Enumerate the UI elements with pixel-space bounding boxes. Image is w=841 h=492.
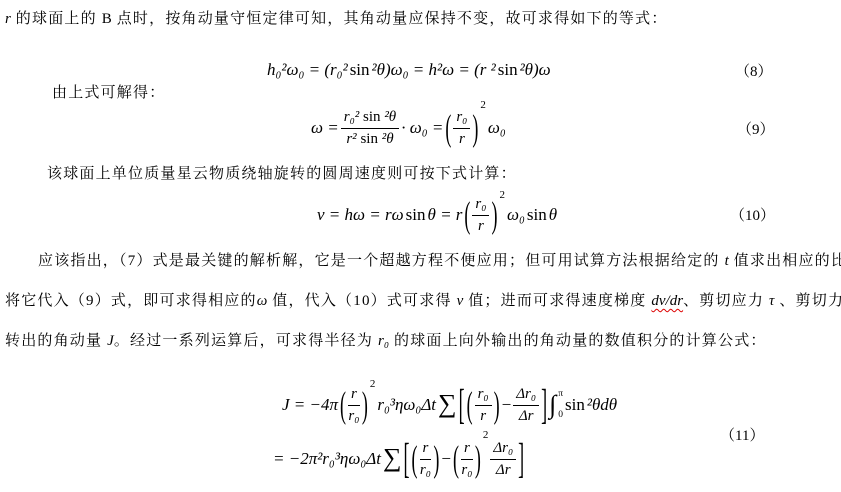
summation-sigma: ∑ — [438, 391, 457, 417]
paragraph-solve: 由上式可解得： — [52, 81, 165, 102]
fraction-numerator: r — [461, 439, 473, 460]
exponent: 2 — [370, 378, 376, 390]
text-run: 值求出相应的比值（ — [729, 253, 841, 269]
math-run: r² — [346, 131, 360, 147]
summation-sigma: ∑ — [383, 445, 402, 471]
left-paren: ( — [467, 383, 473, 426]
fraction-denominator: r — [480, 406, 486, 426]
right-paren: ) — [433, 437, 439, 480]
left-paren: ( — [412, 437, 418, 480]
text-run: 值；进而可求得速度梯度 — [463, 293, 651, 309]
left-paren: ( — [445, 106, 451, 149]
math-run: ω₀ — [488, 118, 506, 138]
fraction: r₀ r — [475, 385, 492, 426]
math-run: h₀²ω₀ = (r₀² — [267, 60, 348, 80]
math-run: ω = — [311, 118, 339, 138]
text-run: 将它代入（9）式，即可求得相应的 — [5, 293, 257, 309]
fraction-denominator: Δr — [519, 406, 534, 426]
right-paren: ) — [362, 383, 368, 426]
right-paren: ) — [491, 193, 497, 236]
sin-operator: sin — [350, 60, 370, 80]
integral-sign: ∫ — [549, 392, 556, 418]
text-run: 。经过一系列运算后，可求得半径为 — [114, 333, 378, 349]
fraction-denominator: Δr — [496, 460, 511, 480]
fraction-denominator: r² sin ²θ — [346, 129, 393, 149]
math-run: ²θdθ — [587, 395, 617, 415]
fraction: Δr₀ Δr — [513, 385, 539, 426]
fraction-numerator: r₀ — [475, 385, 492, 406]
math-run: ²θ)ω — [520, 60, 551, 80]
equation-9: ω = r₀² sin ²θ r² sin ²θ · ω₀ = ( r₀ r )… — [310, 101, 507, 155]
fraction-denominator: r₀ — [348, 406, 359, 426]
var-J: J — [107, 333, 114, 349]
var-dvdr-spellcheck: dv/dr — [651, 293, 683, 309]
fraction-numerator: r₀ — [472, 195, 489, 216]
right-bracket: ] — [541, 380, 547, 429]
text-run: 、剪切力矩 — [774, 293, 841, 309]
math-run: ω₀ — [507, 205, 525, 225]
left-paren: ( — [464, 193, 470, 236]
equation-number-11: （11） — [720, 424, 764, 445]
var-r0: r₀ — [378, 333, 389, 349]
integral-upper-limit: π — [558, 390, 563, 400]
right-paren: ) — [494, 383, 500, 426]
fraction-numerator: r₀ — [453, 108, 470, 129]
math-run: r₀² — [344, 109, 363, 125]
left-bracket: [ — [404, 434, 410, 483]
math-run: · ω₀ = — [401, 118, 443, 138]
text-run: 应该指出，（7）式是最关键的解析解，它是一个超越方程不便应用；但可用试算方法根据… — [38, 253, 725, 269]
left-paren: ( — [340, 383, 346, 426]
text-run: 转出的角动量 — [5, 333, 107, 349]
minus-sign: − — [441, 449, 451, 469]
left-bracket: [ — [459, 380, 465, 429]
minus-sign: − — [502, 395, 512, 415]
var-B: B — [102, 11, 112, 27]
fraction: r r₀ — [420, 439, 432, 480]
math-run: ²θ)ω₀ = h²ω = (r ² — [372, 60, 496, 80]
fraction-numerator: r — [348, 385, 360, 406]
right-paren: ) — [475, 437, 481, 480]
sin-operator: sin — [406, 205, 426, 225]
math-run: ²θ — [378, 131, 394, 147]
text-run: 值，代入（10）式可求得 — [267, 293, 456, 309]
math-run: θ — [549, 205, 557, 225]
fraction-denominator: r₀ — [420, 460, 431, 480]
fraction-denominator: r — [478, 216, 484, 236]
var-omega: ω — [257, 293, 268, 309]
fraction: r₀ r — [472, 195, 489, 236]
exponent: 2 — [499, 189, 505, 201]
fraction-numerator: r₀² sin ²θ — [341, 108, 399, 129]
sin-operator: sin — [565, 395, 585, 415]
integral-limits: π 0 — [558, 388, 563, 422]
fraction: r₀² sin ²θ r² sin ²θ — [341, 108, 399, 149]
equation-11-line2: = −2π²r₀³ηω₀Δt ∑ [ ( r r₀ ) − ( r r₀ ) 2… — [272, 431, 525, 487]
sin-operator: sin — [363, 109, 381, 125]
fraction-denominator: r₀ — [461, 460, 472, 480]
fraction-numerator: Δr₀ — [513, 385, 539, 406]
sin-operator: sin — [360, 131, 378, 147]
fraction: r r₀ — [348, 385, 360, 426]
fraction-denominator: r — [459, 129, 465, 149]
right-bracket: ] — [518, 434, 524, 483]
math-run: θ = r — [427, 205, 462, 225]
text-run: 点时，按角动量守恒定律可知，其角动量应保持不变，故可求得如下的等式： — [112, 11, 668, 27]
paragraph-discussion-line1: 应该指出，（7）式是最关键的解析解，它是一个超越方程不便应用；但可用试算方法根据… — [38, 249, 841, 270]
paragraph-velocity: 该球面上单位质量星云物质绕轴旋转的圆周速度则可按下式计算： — [47, 162, 517, 183]
text-run: 的球面上的 — [11, 11, 102, 27]
paragraph-intro: r 的球面上的 B 点时，按角动量守恒定律可知，其角动量应保持不变，故可求得如下… — [5, 7, 668, 28]
exponent: 2 — [483, 429, 489, 441]
fraction-numerator: r — [420, 439, 432, 460]
document-page: r 的球面上的 B 点时，按角动量守恒定律可知，其角动量应保持不变，故可求得如下… — [0, 0, 841, 492]
right-paren: ) — [472, 106, 478, 149]
paragraph-discussion-line2: 将它代入（9）式，即可求得相应的ω 值，代入（10）式可求得 v 值；进而可求得… — [5, 289, 841, 310]
math-run: r₀³ηω₀Δt — [377, 395, 436, 415]
fraction-numerator: Δr₀ — [490, 439, 516, 460]
equation-10: v = hω = rω sin θ = r ( r₀ r ) 2 ω₀ sin … — [316, 191, 558, 239]
fraction: Δr₀ Δr — [490, 439, 516, 480]
equation-number-10: （10） — [730, 204, 775, 225]
text-run: 的球面上向外输出的角动量的数值积分的计算公式： — [389, 333, 767, 349]
exponent: 2 — [480, 99, 486, 111]
math-run: J = −4π — [282, 395, 338, 415]
sin-operator: sin — [527, 205, 547, 225]
integral-lower-limit: 0 — [558, 411, 563, 421]
math-run: v = hω = rω — [317, 205, 404, 225]
paragraph-discussion-line3: 转出的角动量 J。经过一系列运算后，可求得半径为 r₀ 的球面上向外输出的角动量… — [5, 329, 767, 350]
math-run: = −2π²r₀³ηω₀Δt — [273, 449, 381, 469]
math-run: ²θ — [381, 109, 397, 125]
left-paren: ( — [453, 437, 459, 480]
equation-number-9: （9） — [737, 118, 775, 139]
text-run: 、剪切应力 — [683, 293, 769, 309]
equation-11-line1: J = −4π ( r r₀ ) 2 r₀³ηω₀Δt ∑ [ ( r₀ r )… — [281, 380, 618, 430]
sin-operator: sin — [498, 60, 518, 80]
fraction: r₀ r — [453, 108, 470, 149]
equation-8: h₀²ω₀ = (r₀² sin ²θ)ω₀ = h²ω = (r ² sin … — [266, 54, 552, 86]
fraction: r r₀ — [461, 439, 473, 480]
equation-number-8: （8） — [735, 60, 773, 81]
